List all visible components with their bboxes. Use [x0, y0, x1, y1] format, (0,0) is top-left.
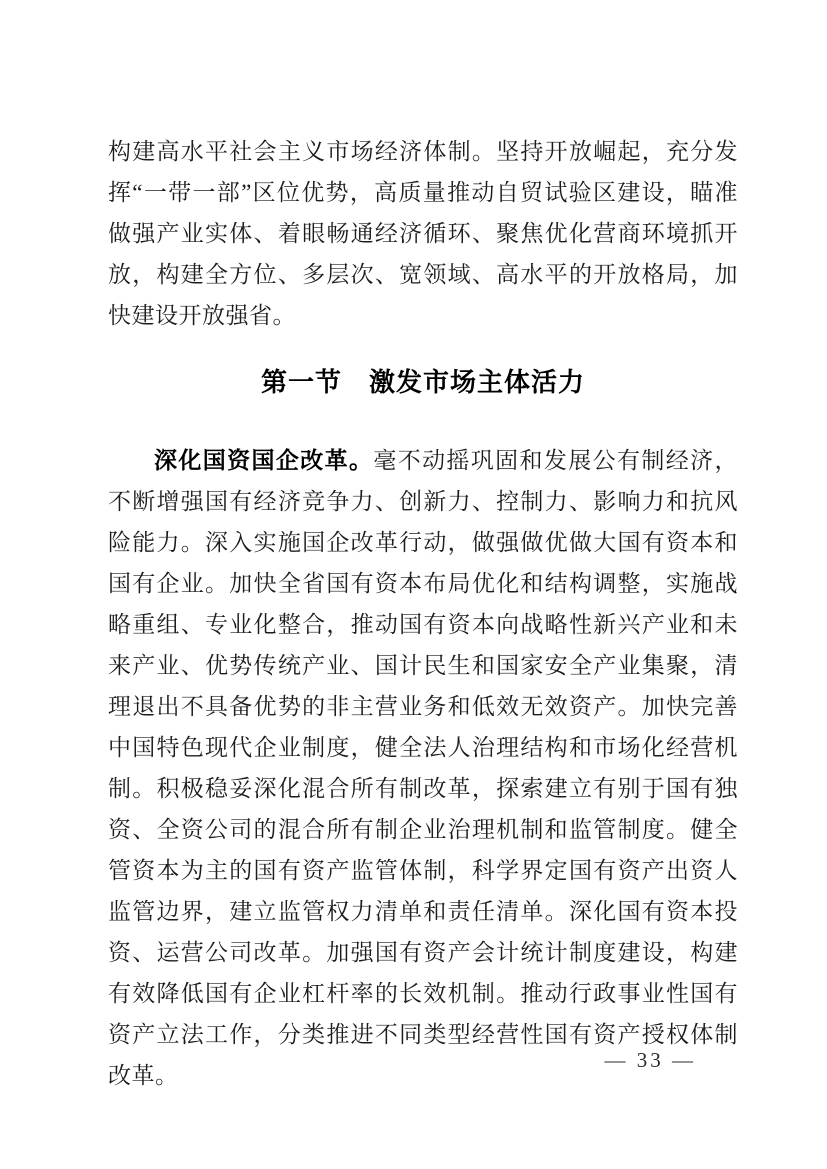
page-content: 构建高水平社会主义市场经济体制。坚持开放崛起，充分发挥“一带一部”区位优势，高质… — [108, 131, 738, 1096]
document-page: 构建高水平社会主义市场经济体制。坚持开放崛起，充分发挥“一带一部”区位优势，高质… — [0, 0, 827, 1169]
paragraph-body-text: 毫不动摇巩固和发展公有制经济，不断增强国有经济竞争力、创新力、控制力、影响力和抗… — [108, 448, 738, 1088]
paragraph-lead-bold: 深化国资国企改革。 — [154, 448, 373, 473]
section-heading: 第一节 激发市场主体活力 — [108, 362, 738, 404]
page-number: — 33 — — [605, 1045, 697, 1075]
paragraph-body: 深化国资国企改革。毫不动摇巩固和发展公有制经济，不断增强国有经济竞争力、创新力、… — [108, 440, 738, 1096]
paragraph-continuation: 构建高水平社会主义市场经济体制。坚持开放崛起，充分发挥“一带一部”区位优势，高质… — [108, 131, 738, 336]
